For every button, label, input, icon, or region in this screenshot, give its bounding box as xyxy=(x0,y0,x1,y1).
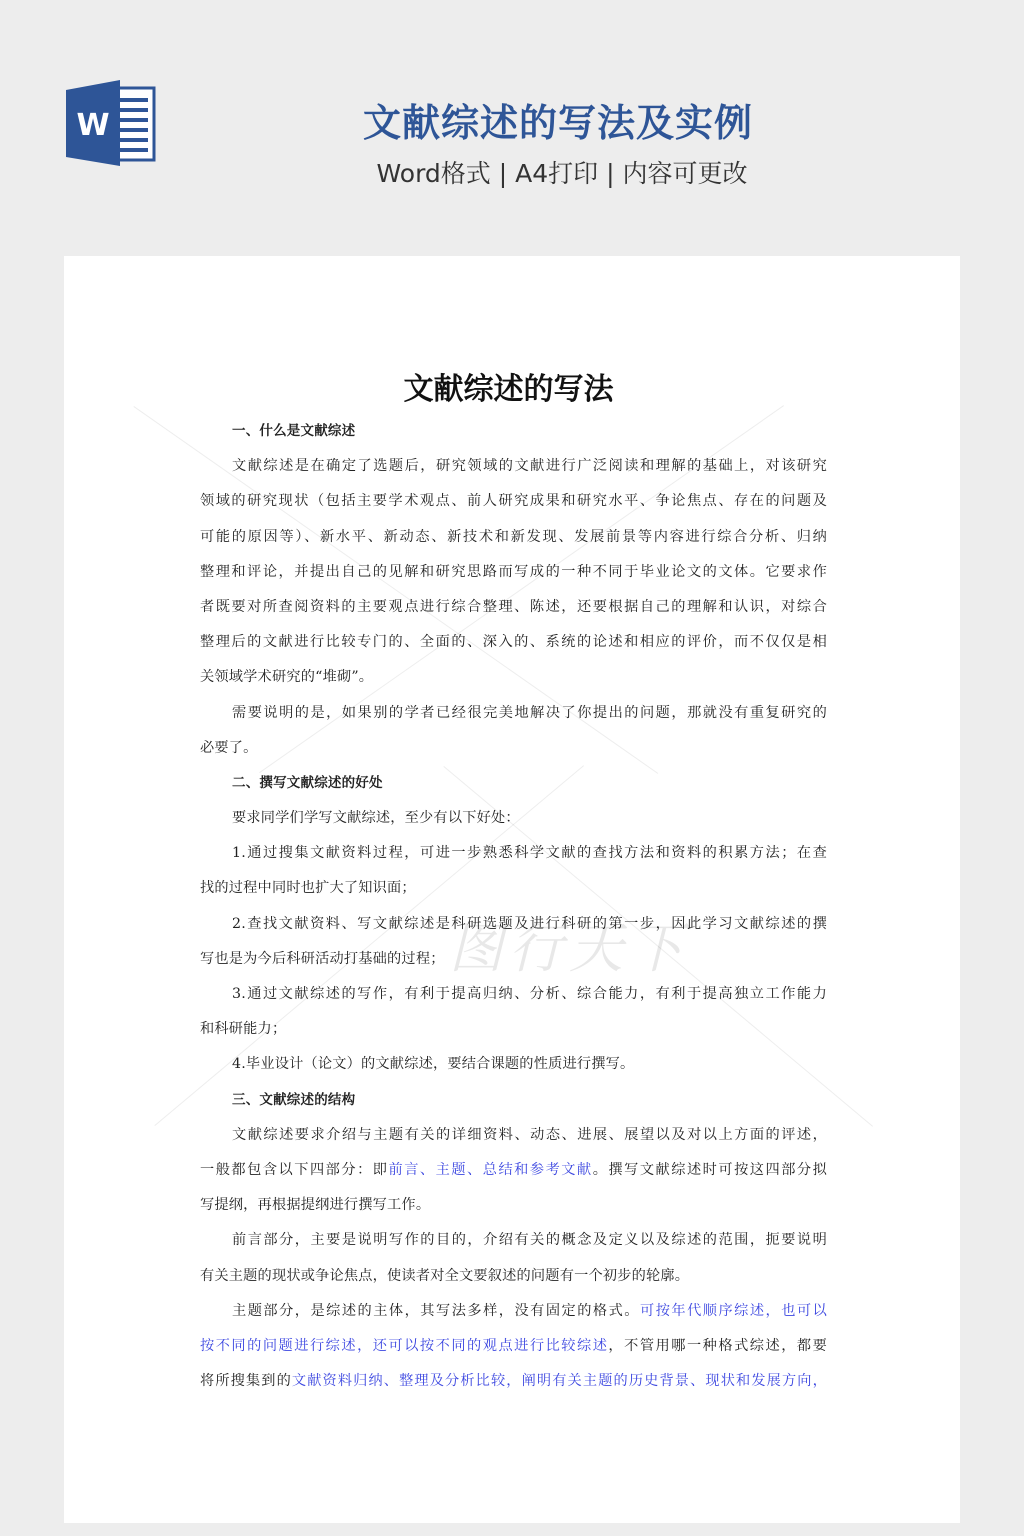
list-item-line: 找的过程中同时也扩大了知识面； xyxy=(200,871,827,906)
section-heading: 三、文献综述的结构 xyxy=(200,1083,827,1118)
paragraph-line: 可能的原因等）、新水平、新动态、新技术和新发现、发展前景等内容进行综合分析、归纳 xyxy=(200,520,827,555)
paragraph-line: 将所搜集到的文献资料归纳、整理及分析比较，阐明有关主题的历史背景、现状和发展方向… xyxy=(200,1364,827,1399)
document-title: 文献综述的写法 xyxy=(190,366,827,414)
text-run: 主题部分，是综述的主体，其写法多样，没有固定的格式。 xyxy=(232,1303,640,1319)
paragraph-line: 整理后的文献进行比较专门的、全面的、深入的、系统的论述和相应的评价，而不仅仅是相 xyxy=(200,625,827,660)
highlighted-text: 可按年代顺序综述，也可以 xyxy=(640,1303,827,1319)
paragraph-line: 前言部分，主要是说明写作的目的，介绍有关的概念及定义以及综述的范围，扼要说明 xyxy=(200,1223,827,1258)
paragraph-line: 整理和评论，并提出自己的见解和研究思路而写成的一种不同于毕业论文的文体。它要求作 xyxy=(200,555,827,590)
text-run: 。撰写文献综述时可按这四部分拟 xyxy=(593,1162,827,1178)
list-item-line: 2.查找文献资料、写文献综述是科研选题及进行科研的第一步，因此学习文献综述的撰 xyxy=(200,907,827,942)
highlighted-text: 前言、主题、总结和参考文献 xyxy=(389,1162,593,1178)
document-body: 文献综述的写法 一、什么是文献综述 文献综述是在确定了选题后，研究领域的文献进行… xyxy=(200,366,827,1399)
list-item-line: 写也是为今后科研活动打基础的过程； xyxy=(200,942,827,977)
paragraph-line: 关领域学术研究的“堆砌”。 xyxy=(200,660,827,695)
paragraph-line: 主题部分，是综述的主体，其写法多样，没有固定的格式。可按年代顺序综述，也可以 xyxy=(200,1294,827,1329)
text-run: ，不管用哪一种格式综述，都要 xyxy=(608,1338,827,1354)
banner-subtitle: Word格式 | A4打印 | 内容可更改 xyxy=(0,154,1024,190)
section-heading: 二、撰写文献综述的好处 xyxy=(200,766,827,801)
highlighted-text: 文献资料归纳、整理及分析比较，阐明有关主题的历史背景、现状和发展方向， xyxy=(292,1373,827,1389)
paragraph-line: 按不同的问题进行综述，还可以按不同的观点进行比较综述，不管用哪一种格式综述，都要 xyxy=(200,1329,827,1364)
paragraph-line: 有关主题的现状或争论焦点，使读者对全文要叙述的问题有一个初步的轮廓。 xyxy=(200,1259,827,1294)
paragraph-line: 需要说明的是，如果别的学者已经很完美地解决了你提出的问题，那就没有重复研究的 xyxy=(200,696,827,731)
section-heading: 一、什么是文献综述 xyxy=(200,414,827,449)
highlighted-text: 按不同的问题进行综述，还可以按不同的观点进行比较综述 xyxy=(200,1338,608,1354)
paragraph-line: 文献综述是在确定了选题后，研究领域的文献进行广泛阅读和理解的基础上，对该研究 xyxy=(200,449,827,484)
paragraph-line: 必要了。 xyxy=(200,731,827,766)
paragraph-line: 文献综述要求介绍与主题有关的详细资料、动态、进展、展望以及对以上方面的评述， xyxy=(200,1118,827,1153)
paragraph-line: 一般都包含以下四部分：即前言、主题、总结和参考文献。撰写文献综述时可按这四部分拟 xyxy=(200,1153,827,1188)
paragraph-line: 要求同学们学写文献综述，至少有以下好处： xyxy=(200,801,827,836)
paragraph-line: 写提纲，再根据提纲进行撰写工作。 xyxy=(200,1188,827,1223)
text-run: 一般都包含以下四部分：即 xyxy=(200,1162,389,1178)
text-run: 将所搜集到的 xyxy=(200,1373,292,1389)
list-item-line: 4.毕业设计（论文）的文献综述，要结合课题的性质进行撰写。 xyxy=(200,1047,827,1082)
list-item-line: 1.通过搜集文献资料过程，可进一步熟悉科学文献的查找方法和资料的积累方法；在查 xyxy=(200,836,827,871)
paragraph-line: 者既要对所查阅资料的主要观点进行综合整理、陈述，还要根据自己的理解和认识，对综合 xyxy=(200,590,827,625)
banner-title: 文献综述的写法及实例 xyxy=(0,92,1024,147)
list-item-line: 和科研能力； xyxy=(200,1012,827,1047)
list-item-line: 3.通过文献综述的写作，有利于提高归纳、分析、综合能力，有利于提高独立工作能力 xyxy=(200,977,827,1012)
paragraph-line: 领域的研究现状（包括主要学术观点、前人研究成果和研究水平、争论焦点、存在的问题及 xyxy=(200,484,827,519)
